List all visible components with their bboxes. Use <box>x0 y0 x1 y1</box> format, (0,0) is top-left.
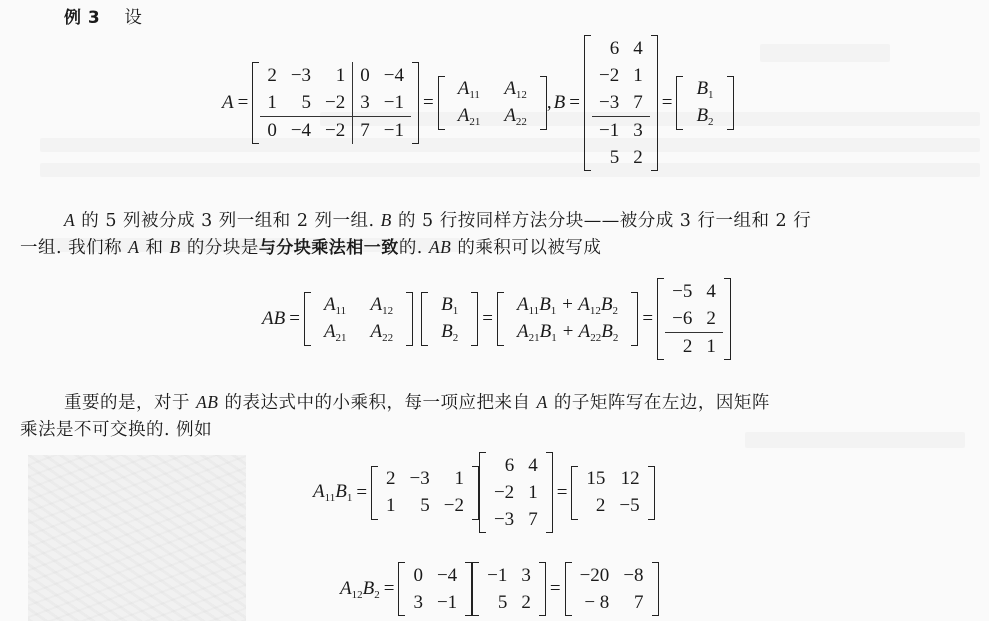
matrix-entry: A12 <box>359 292 406 319</box>
matrix-entry: −2 <box>318 117 353 145</box>
matrix-entry: −6 <box>665 305 699 333</box>
matrix-entry: 5 <box>403 493 437 520</box>
example-left-matrix: 0−43−1 <box>398 562 472 616</box>
paragraph-2-line-2: 乘法是不可交换的. 例如 <box>20 418 212 442</box>
text: 重要的是，对于 <box>64 393 196 413</box>
matrix-entry: A11B1 + A12B2 <box>505 292 630 319</box>
matrix-entry: 1 <box>260 89 284 117</box>
example-heading: 例 3 设 <box>64 6 142 30</box>
symbol-a: A <box>537 392 548 412</box>
matrix-entry: −2 <box>437 493 471 520</box>
paragraph-1-line-1: A 的 5 列被分成 3 列一组和 2 列一组. B 的 5 行按同样方法分块—… <box>64 208 811 233</box>
matrix-entry: −8 <box>616 562 650 589</box>
matrix-entry: B1 <box>684 76 725 103</box>
emphasized-term: 与分块乘法相一致 <box>259 238 399 258</box>
matrix-entry: −20 <box>573 562 617 589</box>
matrix-entry: −2 <box>592 62 626 89</box>
product-result-matrix: −54−6221 <box>657 278 731 360</box>
block-product-matrix: A11B1 + A12B2A21B1 + A22B2 <box>497 292 638 346</box>
example-product-a12b2: A12B2 = 0−43−1 −1352 = −20−8− 87 <box>340 562 659 616</box>
matrix-entry: 6 <box>592 35 626 62</box>
matrix-entry: −4 <box>430 562 464 589</box>
matrix-entry: −1 <box>430 589 464 616</box>
symbol-b: B <box>381 210 392 230</box>
symbol-a: A <box>64 210 75 230</box>
matrix-b-symbol: B <box>554 92 566 114</box>
matrix-entry: 2 <box>579 493 612 520</box>
matrix-entry: −4 <box>284 117 318 145</box>
symbol-b: B <box>170 237 181 257</box>
matrix-entry: 2 <box>260 62 284 89</box>
matrix-entry: B1 <box>429 292 470 319</box>
matrix-entry: 15 <box>579 466 612 493</box>
matrix-entry: 4 <box>521 452 545 479</box>
matrix-entry: B2 <box>429 319 470 346</box>
matrix-a-symbol: A <box>222 92 234 114</box>
matrix-entry: −2 <box>487 479 521 506</box>
matrix-entry: 2 <box>699 305 723 333</box>
matrix-entry: 5 <box>592 144 626 171</box>
matrix-entry: −1 <box>592 117 626 145</box>
matrix-entry: 1 <box>379 493 403 520</box>
symbol-a: A <box>128 237 139 257</box>
matrix-entry: 7 <box>521 506 545 533</box>
matrix-entry: −3 <box>403 466 437 493</box>
matrix-entry: −3 <box>487 506 521 533</box>
matrix-entry: 1 <box>437 466 471 493</box>
example-product-a11b1: A11B1 = 2−3115−2 64−21−37 = 15122−5 <box>313 452 655 533</box>
matrix-a-blocks: A11A12A21A22 <box>304 292 413 346</box>
matrix-definition-equation: A = 2−310−415−23−10−4−27−1 = A11A12A21A2… <box>222 35 734 171</box>
bleed-through-texture <box>760 44 890 62</box>
matrix-entry: 3 <box>626 117 650 145</box>
matrix-entry: 5 <box>480 589 514 616</box>
matrix-a-blocks: A11A12A21A22 <box>438 76 547 130</box>
matrix-entry: 6 <box>487 452 521 479</box>
matrix-entry: 7 <box>616 589 650 616</box>
example-result-matrix: −20−8− 87 <box>565 562 659 616</box>
matrix-entry: 2 <box>514 589 538 616</box>
example-lhs: A12B2 <box>340 578 380 601</box>
matrix-entry: −1 <box>377 117 411 145</box>
matrix-entry: −5 <box>612 493 646 520</box>
matrix-entry: 0 <box>260 117 284 145</box>
matrix-entry: 3 <box>353 89 377 117</box>
matrix-entry: 12 <box>612 466 646 493</box>
scan-artifact-image <box>28 455 246 621</box>
symbol-ab: AB <box>429 237 451 257</box>
matrix-entry: 1 <box>699 333 723 361</box>
matrix-entry: A21 <box>312 319 359 346</box>
matrix-entry: 4 <box>626 35 650 62</box>
product-lhs: AB <box>262 308 285 330</box>
text: 的表达式中的小乘积，每一项应把来自 <box>218 393 536 413</box>
matrix-entry: A22 <box>359 319 406 346</box>
matrix-entry: A12 <box>492 76 539 103</box>
matrix-b: 64−21−37−1352 <box>584 35 658 171</box>
matrix-entry: −3 <box>592 89 626 117</box>
bleed-through-texture <box>745 432 965 448</box>
text: 的. <box>399 238 429 258</box>
text: 的 5 列被分成 3 列一组和 2 列一组. <box>75 211 380 231</box>
matrix-entry: 1 <box>521 479 545 506</box>
matrix-entry: 0 <box>406 562 430 589</box>
text: 一组. 我们称 <box>20 238 128 258</box>
example-label: 例 3 <box>64 8 100 28</box>
matrix-entry: A21 <box>446 103 493 130</box>
symbol-ab: AB <box>196 392 218 412</box>
matrix-a: 2−310−415−23−10−4−27−1 <box>252 62 419 144</box>
text: 和 <box>139 238 169 258</box>
matrix-entry: 7 <box>353 117 377 145</box>
matrix-entry: 2 <box>379 466 403 493</box>
text: 的分块是 <box>181 238 259 258</box>
matrix-entry: −3 <box>284 62 318 89</box>
matrix-entry: 2 <box>626 144 650 171</box>
example-intro: 设 <box>124 8 142 28</box>
matrix-entry: − 8 <box>573 589 617 616</box>
text: 的乘积可以被写成 <box>451 238 601 258</box>
matrix-b-blocks: B1B2 <box>421 292 478 346</box>
matrix-entry: −1 <box>377 89 411 117</box>
matrix-entry: −5 <box>665 278 699 305</box>
matrix-entry: A11 <box>446 76 493 103</box>
text: 的子矩阵写在左边，因矩阵 <box>548 393 770 413</box>
matrix-entry: −4 <box>377 62 411 89</box>
matrix-entry: A22 <box>492 103 539 130</box>
matrix-entry: B2 <box>684 103 725 130</box>
matrix-entry: 2 <box>665 333 699 361</box>
matrix-b-blocks: B1B2 <box>676 76 733 130</box>
matrix-entry: 1 <box>626 62 650 89</box>
matrix-entry: 4 <box>699 278 723 305</box>
matrix-entry: −1 <box>480 562 514 589</box>
example-right-matrix: 64−21−37 <box>479 452 553 533</box>
textbook-page: 例 3 设 A = 2−310−415−23−10−4−27−1 = A11A1… <box>0 0 989 621</box>
block-product-equation: AB = A11A12A21A22 B1B2 = A11B1 + A12B2A2… <box>262 278 731 360</box>
matrix-entry: 3 <box>514 562 538 589</box>
matrix-entry: 7 <box>626 89 650 117</box>
example-lhs: A11B1 <box>313 481 352 504</box>
matrix-entry: −2 <box>318 89 353 117</box>
example-left-matrix: 2−3115−2 <box>371 466 479 520</box>
paragraph-1-line-2: 一组. 我们称 A 和 B 的分块是与分块乘法相一致的. AB 的乘积可以被写成 <box>20 235 601 260</box>
matrix-entry: 5 <box>284 89 318 117</box>
matrix-entry: A21B1 + A22B2 <box>505 319 630 346</box>
matrix-entry: 0 <box>353 62 377 89</box>
example-result-matrix: 15122−5 <box>571 466 654 520</box>
paragraph-2-line-1: 重要的是，对于 AB 的表达式中的小乘积，每一项应把来自 A 的子矩阵写在左边，… <box>64 390 770 415</box>
matrix-entry: 3 <box>406 589 430 616</box>
text: 的 5 行按同样方法分块——被分成 3 行一组和 2 行 <box>392 211 811 231</box>
matrix-entry: A11 <box>312 292 359 319</box>
example-right-matrix: −1352 <box>472 562 546 616</box>
matrix-entry: 1 <box>318 62 353 89</box>
